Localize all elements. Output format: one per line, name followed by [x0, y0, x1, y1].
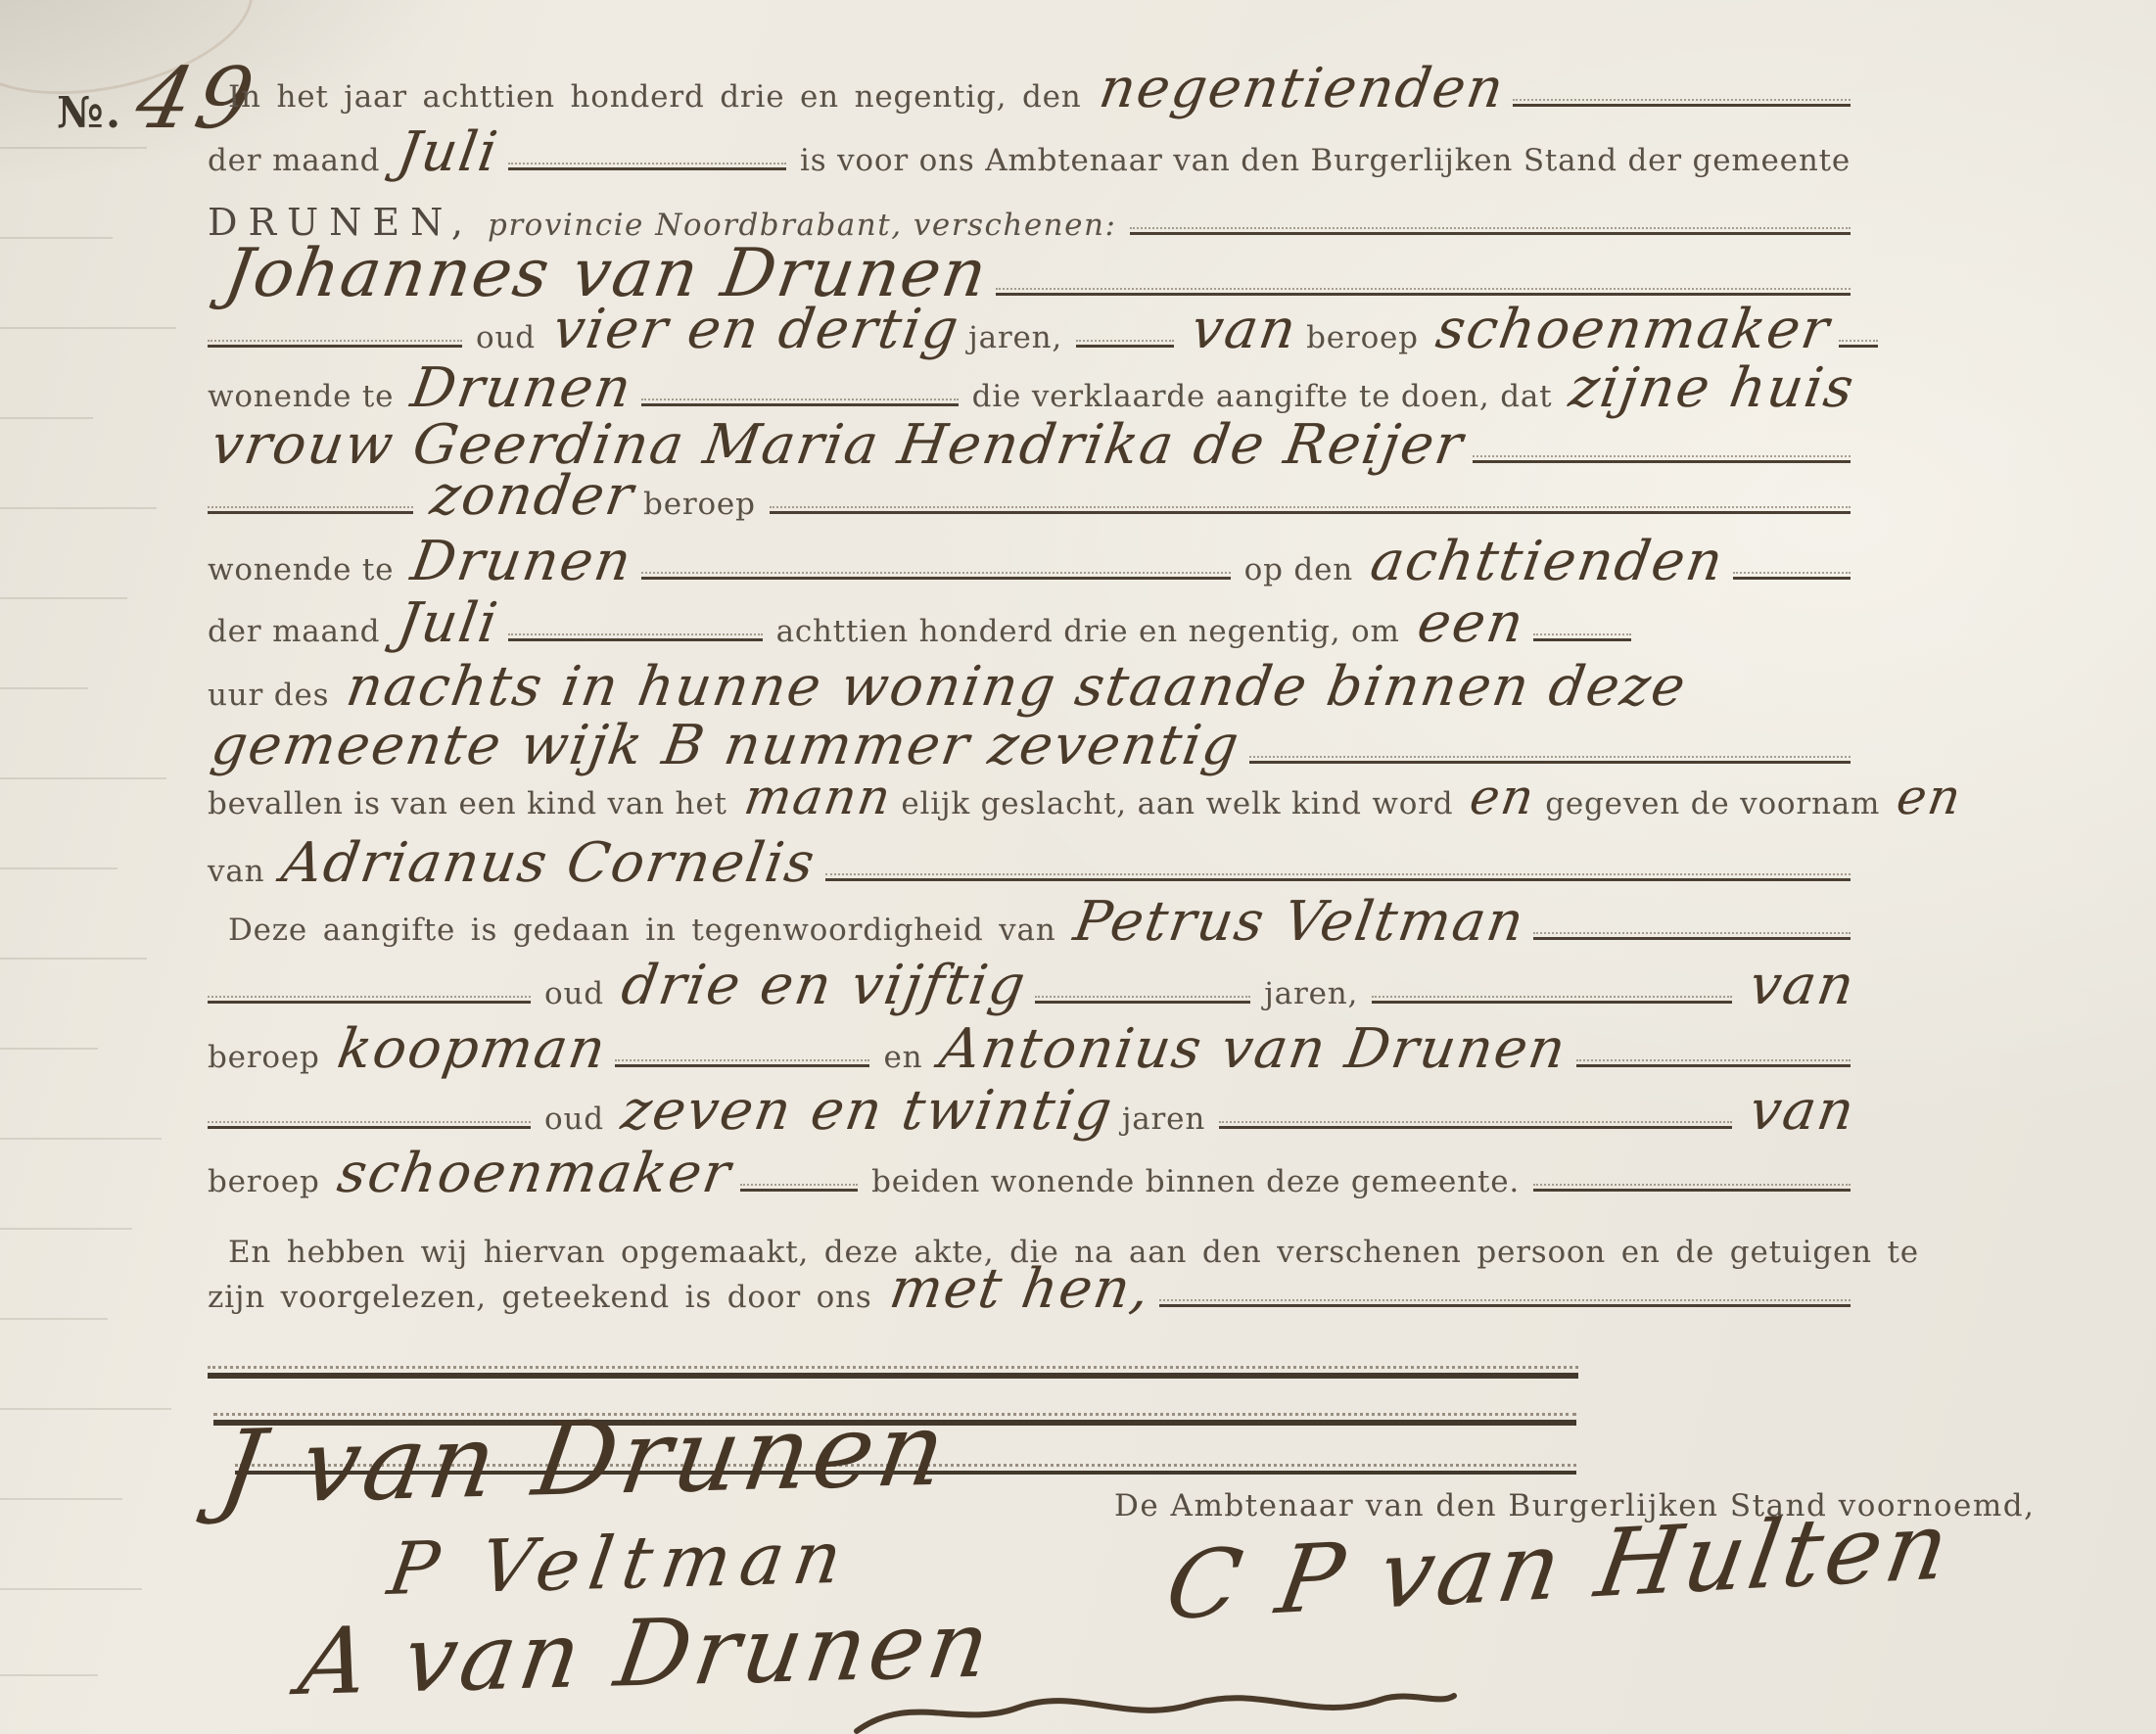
handwritten-child-names: Adrianus Cornelis — [278, 836, 820, 891]
form-line-witness1-name: Deze aangifte is gedaan in tegenwoordigh… — [228, 895, 1851, 950]
handwritten-birth-day: achttienden — [1367, 535, 1728, 589]
printed-text: op den — [1244, 552, 1353, 587]
blank-rule — [1035, 997, 1250, 1004]
printed-text: der maand — [208, 143, 380, 178]
form-line-declarant-age-occupation: oud vier en dertig jaren, van beroep sch… — [208, 303, 1851, 357]
blank-rule — [1839, 341, 1878, 348]
blank-rule — [641, 399, 958, 406]
handwritten-text: nachts in hunne woning staande binnen de… — [343, 660, 1691, 715]
blank-rule — [1076, 341, 1174, 348]
closing-rule — [208, 1373, 1578, 1379]
handwritten-text: van — [1188, 303, 1301, 357]
ledger-ruling-line — [0, 147, 147, 149]
handwritten-text: en — [1894, 773, 1966, 821]
form-line-mother-residence-birthday: wonende te Drunen op den achttienden — [208, 535, 1851, 589]
handwritten-gender: mann — [741, 773, 896, 821]
ledger-ruling-line — [0, 867, 117, 869]
printed-text: achttien honderd drie en negentig, om — [776, 614, 1400, 649]
blank-rule — [740, 1185, 858, 1192]
printed-text: jaren, — [968, 320, 1062, 355]
blank-rule — [641, 573, 1230, 580]
form-line-witness2-age: oud zeven en twintig jaren van — [208, 1084, 1851, 1139]
blank-rule — [1733, 573, 1851, 580]
form-line-mother-occupation: zonder beroep — [208, 469, 1851, 524]
printed-text: beroep — [1306, 320, 1419, 355]
printed-text: jaren — [1122, 1101, 1205, 1137]
printed-text: jaren, — [1264, 976, 1358, 1011]
form-line-birth-place: uur des nachts in hunne woning staande b… — [208, 660, 1851, 715]
handwritten-address: gemeente wijk B nummer zeventig — [208, 719, 1243, 773]
printed-text: uur des — [208, 678, 329, 713]
ledger-ruling-line — [0, 1318, 108, 1320]
ledger-ruling-line — [0, 1588, 142, 1590]
printed-text: en — [883, 1040, 922, 1075]
blank-rule — [208, 1122, 531, 1129]
handwritten-witness2-occupation: schoenmaker — [334, 1147, 735, 1201]
blank-rule — [1130, 228, 1851, 235]
blank-rule — [825, 874, 1851, 881]
blank-rule — [996, 289, 1851, 296]
printed-text: oud — [544, 976, 604, 1011]
ledger-ruling-line — [0, 507, 157, 509]
form-line-witness2-occupation: beroep schoenmaker beiden wonende binnen… — [208, 1147, 1851, 1201]
ledger-ruling-line — [0, 1138, 162, 1140]
handwritten-witness2-age: zeven en twintig — [618, 1084, 1117, 1139]
ledger-ruling-line — [0, 1498, 122, 1500]
printed-text: is voor ons Ambtenaar van den Burgerlijk… — [800, 143, 1851, 178]
printed-text: wonende te — [208, 552, 394, 587]
blank-rule — [1576, 1060, 1851, 1067]
printed-text: beiden wonende binnen deze gemeente. — [871, 1164, 1520, 1199]
blank-rule — [1513, 100, 1851, 107]
blank-rule — [1372, 997, 1732, 1004]
ledger-ruling-line — [0, 417, 93, 419]
form-line-year: In het jaar achttien honderd drie en neg… — [228, 62, 1851, 117]
ledger-ruling-line — [0, 597, 127, 599]
blank-rule — [1249, 757, 1851, 764]
handwritten-text: zijne huis — [1566, 361, 1858, 416]
form-line-witness1-age: oud drie en vijftig jaren, van — [208, 959, 1851, 1013]
handwritten-witness2-name: Antonius van Drunen — [936, 1022, 1570, 1077]
blank-rule — [508, 634, 763, 641]
printed-text: bevallen is van een kind van het — [208, 786, 727, 821]
handwritten-text: zonder — [427, 469, 638, 524]
birth-certificate-scan: №. 49 In het jaar achttien honderd drie … — [0, 0, 2156, 1734]
blank-rule — [1473, 456, 1851, 463]
form-line-closing-2: zijn voorgelezen, geteekend is door ons … — [208, 1262, 1851, 1317]
printed-text: die verklaarde aangifte te doen, dat — [972, 379, 1553, 414]
ledger-ruling-line — [0, 1408, 171, 1410]
handwritten-text: en — [1467, 773, 1539, 821]
handwritten-occupation: schoenmaker — [1432, 303, 1834, 357]
form-line-declarant-residence: wonende te Drunen die verklaarde aangift… — [208, 361, 1851, 416]
blank-rule — [1533, 1185, 1851, 1192]
ledger-ruling-line — [0, 1228, 132, 1230]
blank-rule — [1219, 1122, 1732, 1129]
partial-signature-flourish — [852, 1686, 1459, 1734]
act-number-label: №. — [57, 88, 122, 138]
ledger-ruling-line — [0, 237, 113, 239]
signature-witness1: P Veltman — [384, 1522, 856, 1606]
ledger-ruling-line — [0, 327, 176, 329]
ledger-ruling-line — [0, 958, 147, 960]
blank-rule — [208, 341, 462, 348]
printed-text: oud — [544, 1101, 604, 1137]
handwritten-month: Juli — [394, 125, 502, 180]
handwritten-residence: Drunen — [407, 535, 636, 589]
handwritten-witness1-occupation: koopman — [334, 1022, 611, 1077]
printed-text: beroep — [643, 487, 756, 522]
printed-text: elijk geslacht, aan welk kind word — [901, 786, 1453, 821]
printed-text: oud — [476, 320, 536, 355]
handwritten-birth-month: Juli — [394, 596, 502, 651]
ledger-ruling-line — [0, 1674, 98, 1676]
printed-text: gegeven de voornam — [1545, 786, 1880, 821]
blank-rule — [208, 997, 531, 1004]
ledger-ruling-line — [0, 1048, 98, 1050]
blank-rule — [1533, 634, 1631, 641]
blank-rule — [770, 507, 1851, 514]
blank-rule — [1159, 1300, 1851, 1307]
handwritten-mother-name: vrouw Geerdina Maria Hendrika de Reijer — [208, 418, 1468, 473]
handwritten-day: negentienden — [1096, 62, 1509, 117]
handwritten-text: met hen, — [886, 1262, 1154, 1317]
printed-text: zijn voorgelezen, geteekend is door ons — [208, 1280, 872, 1315]
printed-text: beroep — [208, 1164, 320, 1199]
form-line-house-number: gemeente wijk B nummer zeventig — [208, 719, 1851, 773]
printed-text: van — [208, 854, 264, 889]
printed-text: der maand — [208, 614, 380, 649]
blank-rule — [208, 507, 413, 514]
form-line-child-gender: bevallen is van een kind van het mann el… — [208, 773, 1851, 821]
printed-text: beroep — [208, 1040, 320, 1075]
handwritten-witness1-age: drie en vijftig — [618, 959, 1030, 1013]
handwritten-age: vier en dertig — [549, 303, 963, 357]
printed-text: In het jaar achttien honderd drie en neg… — [228, 79, 1082, 115]
form-line-month: der maand Juli is voor ons Ambtenaar van… — [208, 125, 1851, 180]
blank-rule — [615, 1060, 869, 1067]
printed-text: wonende te — [208, 379, 394, 414]
form-line-birth-month-hour: der maand Juli achttien honderd drie en … — [208, 596, 1851, 651]
handwritten-text: van — [1746, 1084, 1859, 1139]
form-line-child-names: van Adrianus Cornelis — [208, 836, 1851, 891]
handwritten-birth-hour: een — [1414, 596, 1528, 651]
handwritten-residence: Drunen — [407, 361, 636, 416]
form-line-witness1-occupation: beroep koopman en Antonius van Drunen — [208, 1022, 1851, 1077]
handwritten-witness1-name: Petrus Veltman — [1070, 895, 1528, 950]
signature-declarant: J van Drunen — [213, 1398, 956, 1519]
ledger-ruling-line — [0, 777, 166, 779]
blank-rule — [508, 164, 786, 170]
handwritten-text: van — [1746, 959, 1859, 1013]
printed-text: Deze aangifte is gedaan in tegenwoordigh… — [228, 913, 1056, 948]
blank-rule — [1533, 933, 1851, 940]
ledger-ruling-line — [0, 687, 88, 689]
